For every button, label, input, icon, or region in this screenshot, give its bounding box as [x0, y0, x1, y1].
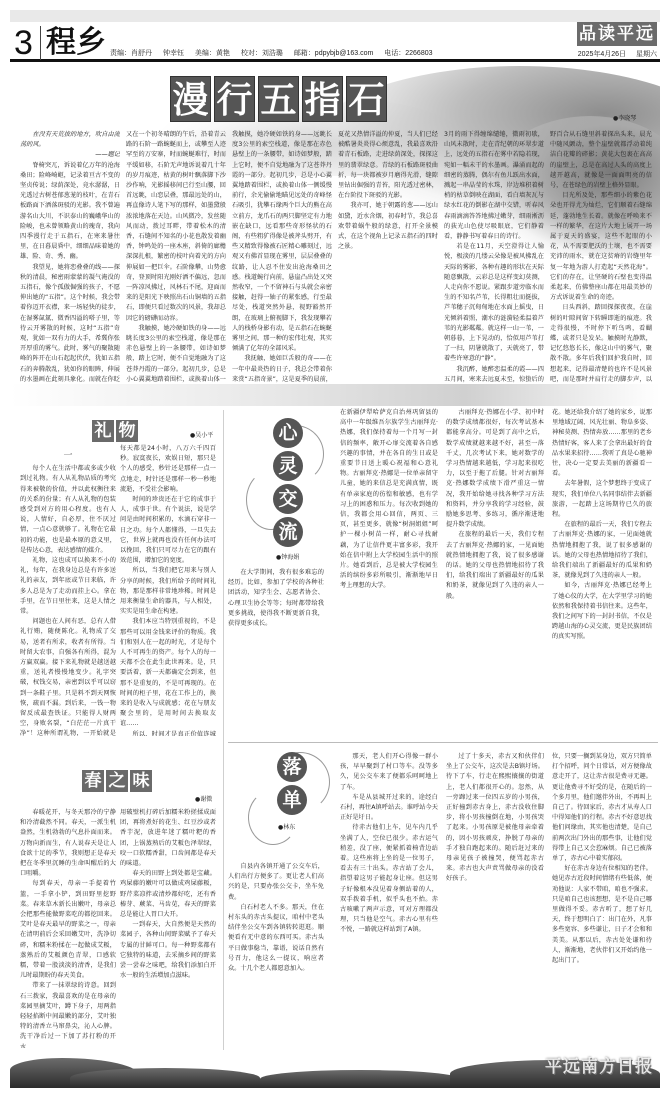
paragraph: 去年暑假，这个梦想终于变成了现实，我们单位八名同事结伴去新疆旅游，一起踏上这场期… — [552, 479, 652, 520]
paragraph: 时间的珍贵还在于它的成事于人，成事于世。有个说法，说是学问是由时间积累的，水滴石… — [120, 495, 216, 566]
mist-divider — [10, 384, 660, 406]
paragraph: 春暖花开，与冬天那冷的宁静和冷清截然不同。春天，一派生机盎然，生机勃勃的气息扑面… — [20, 808, 116, 879]
paragraph: 又在一个初冬晴朗的午后，沿着青云路的石阶一路蜿蜒而上，或攀至人迹罕至的万安寨，时… — [126, 130, 226, 324]
credit-art: 美编：黄艳 — [195, 50, 230, 57]
heart-author: ●钟海娟 — [276, 552, 299, 561]
paragraph: 一到春天，大自然便是天然的菜园子，各种山间野菜赋予了春天专属的甘鲜可口。每一种野… — [120, 920, 216, 981]
main-column-4: 夏花又热情洋溢的仲夏，当人们已经被酷暑炎炎得心烦意乱，我最喜欢沿着青石板路，走进… — [338, 130, 438, 385]
paragraph: 花。她还给我介绍了她的家乡，说那里地域辽阔、风光壮丽、物阜多姿、神秘莫测、热情奔… — [552, 408, 652, 479]
paragraph: 好在赤古身边有位相知的老伴。她见赤古近段时间情绪有些低落，便劝他说：人家不带咱，… — [552, 864, 652, 966]
title-char: 流 — [273, 517, 303, 547]
paragraph: 所以，时间才是真正价值连城的礼物。应当与生命中最值得珍惜的人来分享。 — [120, 730, 216, 736]
title-char: 行 — [214, 76, 255, 122]
title-char: 漫 — [170, 76, 211, 122]
paragraph: 我触摸，她冷硬如铁的身——远眺长度3公里的索空栈道，像是那在赤色悬壁上的一条腰带… — [126, 324, 226, 385]
masthead: 3 程乡 责编：肖舒丹 钟幸钰 美编：黄艳 校对：刘浩璐 邮箱：pdpybjb@… — [10, 22, 660, 62]
top-band — [10, 10, 660, 22]
main-column-5: 3月的雨下得缠绵缱绻，微雨初歇，山风未散时，走在青纪朝的环翠步道上，远处的五指石… — [444, 130, 544, 385]
title-char: 指 — [302, 76, 343, 122]
spring-author: ●谢微 — [195, 794, 212, 803]
credit-editor-2: 钟幸钰 — [163, 50, 184, 57]
paragraph: 问题也在人间有恶，总有人借礼行贿，随便陈化。礼物成了交易，送者有所求，收者有所得… — [20, 617, 116, 736]
heart-column-1: 在大学期间，我有很多难忘的经历。比如，参加了学校的各种社团活动，知学生会、志愿者… — [228, 568, 324, 738]
paragraph: 自县内各镇开通了公交车后，人们出行方便多了。更让老人们高兴的是，只要办张公交卡，… — [228, 862, 324, 903]
spring-column-1: 春暖花开，与冬天那冷的宁静和冷清截然不同。春天，一派生机盎然，生机勃勃的气息扑面… — [20, 808, 116, 1048]
lone-author: ●林东 — [278, 822, 295, 831]
lone-column-1: 自县内各镇开通了公交车后，人们出行方便多了。更让老人们高兴的是，只要办张公交卡，… — [228, 862, 324, 1052]
title-char: 味 — [130, 770, 152, 792]
lone-column-2: 那天，老人们开心得像一群小孩，早早聚到了村口等车。没等多久，见公交车来了便都乐呵… — [340, 752, 438, 1052]
credit-phone: 电话：2266803 — [384, 50, 432, 57]
gift-title: 礼 物 — [92, 420, 138, 442]
paragraph: 礼物，这也成可以换来不小的礼，每年，在我身边总是有许多送礼的亲友，到年底或节日来… — [20, 556, 116, 617]
paragraph: 若是在11月，天空澄得让人愉悦，极淡的几缕云朵像是被风拂乱在天际的雾影，各种有趣… — [444, 242, 544, 364]
title-char: 春 — [82, 770, 104, 792]
credits-line: 责编：肖舒丹 钟幸钰 美编：黄艳 校对：刘浩璐 邮箱：pdpybjb@163.c… — [110, 48, 442, 58]
paragraph: 用破壁机打碎后加糯米粉搓揉成面团，再将煮好的花生、红豆沙或者香芋泥，放进年迷了糯… — [120, 808, 216, 869]
title-char: 心 — [273, 418, 303, 448]
title-char: 单 — [277, 785, 307, 815]
epigraph: 在没有天荒拔的地方，吹自由流荡的风。 — [20, 130, 120, 150]
paragraph: 车是从县城开过来的，途经白石村，再往A镇呼站去。谁呼站今天正好是圩日。 — [340, 793, 438, 824]
section-name: 程乡 — [46, 26, 106, 60]
heart-column-4: 花。她还给我介绍了她的家乡，说那里地域辽阔、风光壮丽、物阜多姿、神秘莫测、热情奔… — [552, 408, 652, 738]
title-char: 落 — [277, 752, 307, 782]
paragraph: 所以，当我们把它用来与别人分享的时候，我们所给予的时间礼物，那是那样非常地珍稀。… — [120, 566, 216, 617]
watermark: 平远南方日报 — [545, 1052, 657, 1082]
paragraph: 古丽拜克·热娜在小学、初中时的数学成绩都很好，每次考试基本都能拿高分。可是到了高… — [446, 408, 544, 530]
heart-column-3: 古丽拜克·热娜在小学、初中时的数学成绩都很好，每次考试基本都能拿高分。可是到了高… — [446, 408, 544, 738]
dateline: 2025年4月26日 星期六 — [570, 49, 657, 59]
paragraph: 带来了一抹翠绿的诗意。回到石三拨家，我最喜欢的是在母亲的菜园里摘艾叶，蹲下身子，… — [20, 981, 116, 1048]
hill-shape — [260, 1070, 460, 1088]
spring-title: 春 之 味 — [82, 770, 152, 792]
paragraph: 我沉醉，她醉恋温柔的霞——四五月间，寒来去远夏未至，惊蛰后的流水叮咚，水珠从石缝… — [444, 365, 544, 385]
title-char: 五 — [258, 76, 299, 122]
paragraph: 我望见，她将恋叠叠的线——探秋的清晨，秘密雨蒙蒙的凝气淹没的五指石，像个孤傲倔强… — [20, 263, 120, 385]
paragraph: 位，只要一搁到某身边，双方只简单打个招呼，问个日常话，对方便像故意走开了，这让赤… — [552, 752, 652, 864]
main-column-2: 又在一个初冬晴朗的午后，沿着青云路的石阶一路蜿蜒而上，或攀至人迹罕至的万安寨，时… — [126, 130, 226, 385]
hill-shape — [70, 1068, 260, 1088]
paragraph: 3月的雨下得缠绵缱绻，微雨初歇，山风未散时，走在青纪朝的环翠步道上，远处的五指石… — [444, 130, 544, 242]
credit-email: 邮箱：pdpybjb@163.com — [294, 50, 373, 57]
column-divider — [223, 410, 224, 1050]
credit-editor: 责编：肖舒丹 — [110, 50, 152, 57]
paragraph: 春天的田野上到处都是宝藏。鸡屎藤的嫩叶可以做成鸡屎藤粄，野芹菜凉拌或清炒都好吃，… — [120, 869, 216, 920]
paragraph: 如今，古丽拜克·热娜已经考上了她心仪的大学，在大学里学习的她依然和我保持着书信往… — [552, 581, 652, 642]
page-number: 3 — [14, 26, 33, 60]
main-column-3: 我触摸，她冷硬如铁的身——远眺长度3公里的索空栈道，像是那在赤色悬壁上的一条腰带… — [232, 130, 332, 385]
paragraph: 在新疆伊犁哈萨克自治州巩留县的高中一年级维吾尔族学生古丽拜克·热娜，我们保持着每… — [340, 408, 438, 592]
title-char: 灵 — [273, 451, 303, 481]
gift-author: ●吴小平 — [190, 430, 213, 439]
spring-column-2: 用破壁机打碎后加糯米粉搓揉成面团，再将煮好的花生、红豆沙或者香芋泥，放进年迷了糯… — [120, 808, 216, 1048]
epigraph-signature: ——题记 — [20, 150, 120, 160]
credit-proof: 校对：刘浩璐 — [241, 50, 283, 57]
date: 2025年4月26日 — [578, 51, 626, 58]
title-char: 石 — [346, 76, 387, 122]
paragraph: 目光所及处，那些细小的紫色花朵也开得尤为灿烂，它们顺着石缝绵延，蓬勃地生长着。就… — [550, 191, 652, 303]
lone-column-4: 位，只要一搁到某身边，双方只简单打个招呼，问个日常话，对方便像故意走开了，这让赤… — [552, 752, 652, 1052]
paragraph: 过了十多天，赤古又和伙伴们坐上了公交车，这次是去B镇圩场。待下了车，行走在熙熙攘… — [446, 752, 544, 885]
title-char: 之 — [106, 770, 128, 792]
paragraph: 野百合从石缝里斜着探出头来，晨光中随风颤动，整个崖壁就都浮动着纯洁白花瓣的碎影；… — [550, 130, 652, 191]
weekday: 星期六 — [636, 51, 657, 58]
title-char: 交 — [273, 484, 303, 514]
section-divider — [228, 742, 658, 743]
paragraph: 我们本应当特别重视的，不是那些可以用金钱来评价的物质。我们和别人在一起的时光，才… — [120, 617, 216, 729]
main-title: 漫 行 五 指 石 — [170, 76, 387, 122]
paragraph: 白石村老人不多。那天，住在村东头的赤古头提议，咱村中老头结伴坐公交车到各镇转转逛… — [228, 903, 324, 974]
main-column-1: 在没有天荒拔的地方，吹自由流荡的风。 ——题记 脊椅突兀，诉说着亿万年的沧海桑田… — [20, 130, 120, 385]
heart-column-2: 在新疆伊犁哈萨克自治州巩留县的高中一年级维吾尔族学生古丽拜克·热娜，我们保持着每… — [340, 408, 438, 738]
paragraph: 待赤古他们上车，见车内几乎坐满了人，空位已很少。赤古运气稍差，没了座，便紧抓着椅… — [340, 823, 438, 935]
lone-title: 落 单 — [277, 752, 307, 815]
main-author: ●李晓琴 — [613, 113, 636, 122]
paragraph: 夏花又热情洋溢的仲夏，当人们已经被酷暑炎炎得心烦意乱，我最喜欢沿着青石板路，走进… — [338, 130, 438, 201]
main-column-6: 野百合从石缝里斜着探出头来，晨光中随风颤动，整个崖壁就都浮动着纯洁白花瓣的碎影；… — [550, 130, 652, 385]
heart-title: 心 灵 交 流 — [273, 418, 303, 547]
title-char: 礼 — [92, 420, 114, 442]
lone-column-3: 过了十多天，赤古又和伙伴们坐上了公交车，这次是去B镇圩场。待下了车，行走在熙熙攘… — [446, 752, 544, 1052]
paragraph: 我抚触，她如巨舌般的奇——在一年中最炎热的日子，我总会带着你来赏“五指奇景”，这… — [232, 354, 332, 385]
gift-column-2: 每天都是24小时，八万六千四百秒。寂寞夜长，欢娱日短，那只是个人的感受，秒针还是… — [120, 444, 216, 736]
section-number: 一 — [20, 451, 116, 461]
paragraph: 脊椅突兀，诉说着亿万年的沧海桑田；险峰崎岖，记录着亘古不变的坚贞传说；绿荫深处，… — [20, 161, 120, 263]
page-separator — [40, 26, 41, 60]
paragraph: 每天都是24小时，八万六千四百秒。寂寞夜长，欢娱日短，那只是个人的感受，秒针还是… — [120, 444, 216, 495]
paragraph: 每个人在生活中都或多或少收到过礼物。有人从礼物品质的考究得来被敬的价值，并以此权… — [20, 464, 116, 556]
paragraph: 在旅程的最后一天，我们专程去了古丽拜克·热娜的家，一见面她就热情地拥抱了我，说了… — [552, 520, 652, 581]
paragraph: 每到春天，母亲一手提着竹篮，一手拿小铲，到田野里挖野菜。春来草木新长出嫩叶，母亲… — [20, 879, 116, 981]
brand-logo: 品读平远 — [577, 22, 657, 46]
paragraph: 我触摸，她冷硬如铁的身——远眺长度3公里的索空栈道，像是那在赤色悬壁上的一条腰带… — [232, 130, 332, 354]
gift-column-1: 一 每个人在生活中都或多或少收到过礼物。有人从礼物品质的考究得来被敬的价值，并以… — [20, 446, 116, 736]
paragraph: 在大学期间，我有很多难忘的经历。比如，参加了学校的各种社团活动，知学生会、志愿者… — [228, 568, 324, 629]
paragraph: 日头西斜，踏回探探夜夜，在崖树的叶隙间留下转瞬即逝的痕迹。我走得很慢，不时停下听… — [550, 303, 652, 385]
paragraph: 那天，老人们开心得像一群小孩，早早聚到了村口等车。没等多久，见公交车来了便都乐呵… — [340, 752, 438, 793]
paragraph: 在旅程的最后一天，我们专程去了古丽拜克·热娜的家，一见面她就热情地拥抱了我，说了… — [446, 530, 544, 601]
paragraph: 我亦可，她于朝露的葱——远山如黛，近水含烟，初春时节，我总喜欢带着蜗牛般的绿意，… — [338, 201, 438, 252]
title-char: 物 — [116, 420, 138, 442]
